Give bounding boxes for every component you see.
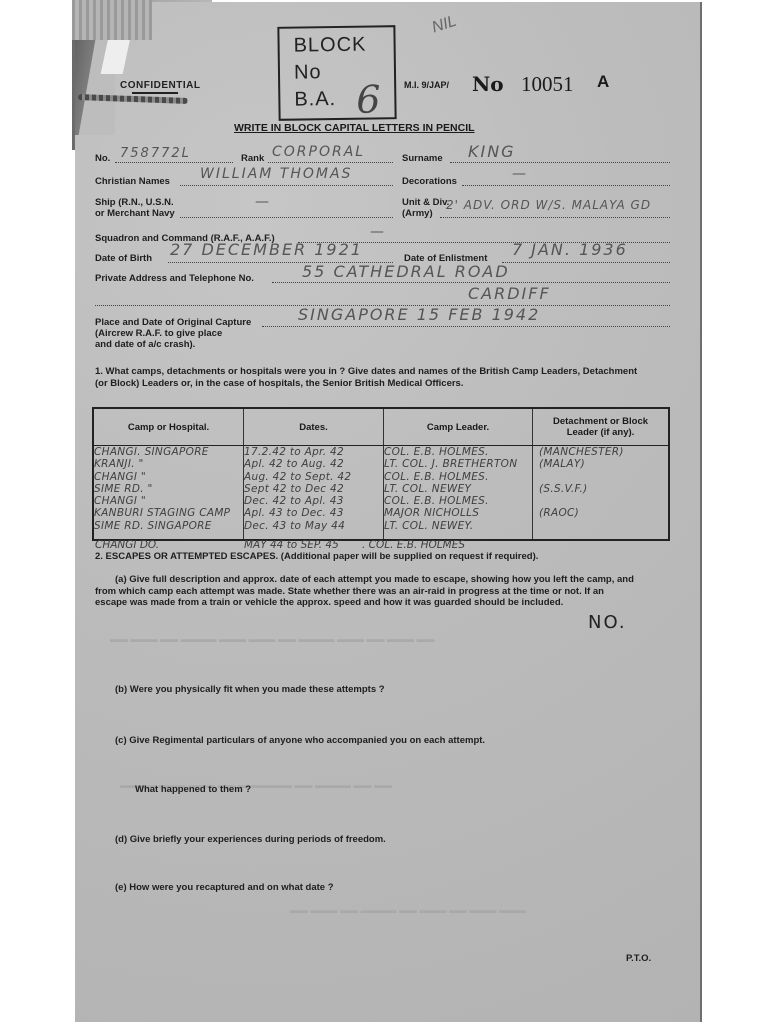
table-cell-camp: SIME RD. " <box>94 483 243 495</box>
address-label: Private Address and Telephone No. <box>95 273 254 284</box>
unit-label: Unit & Div. (Army) <box>402 197 449 219</box>
table-cell-dates: Apl. 42 to Aug. 42 <box>244 458 383 470</box>
christian-names-label: Christian Names <box>95 176 170 187</box>
number-mark: No <box>472 72 504 96</box>
block-stamp-line3: B.A. <box>294 88 336 111</box>
camp-column[interactable]: CHANGI. SINGAPORE KRANJI. " CHANGI " SIM… <box>93 446 244 541</box>
table-cell-leader: MAJOR NICHOLLS <box>384 507 532 519</box>
table-cell-detachment <box>539 495 668 507</box>
capture-label-line3: and date of a/c crash). <box>95 339 195 350</box>
table-cell-leader: COL. E.B. HOLMES. <box>384 471 532 483</box>
table-cell-detachment: (RAOC) <box>539 507 668 519</box>
rank-field-line <box>268 162 393 163</box>
address-field-line-1 <box>272 282 670 283</box>
capture-field-line <box>262 326 670 327</box>
table-cell-dates: Dec. 43 to May 44 <box>244 520 383 532</box>
please-turn-over: P.T.O. <box>626 953 651 965</box>
detachment-column[interactable]: (MANCHESTER) (MALAY) (S.S.V.F.) (RAOC) <box>533 446 670 541</box>
address-line2[interactable]: CARDIFF <box>468 284 551 303</box>
leader-column[interactable]: COL. E.B. HOLMES. LT. COL. J. BRETHERTON… <box>384 446 533 541</box>
ship-label: Ship (R.N., U.S.N. or Merchant Navy <box>95 197 175 219</box>
question-2a-line1: (a) Give full description and approx. da… <box>115 574 634 585</box>
table-cell-dates: Dec. 42 to Apl. 43 <box>244 495 383 507</box>
table-cell-camp: SIME RD. SINGAPORE <box>94 520 243 532</box>
col-header-camp: Camp or Hospital. <box>93 408 244 446</box>
table-cell-dates: Sept 42 to Dec 42 <box>244 483 383 495</box>
table-cell-camp: CHANGI " <box>94 495 243 507</box>
capture-label: Place and Date of Original Capture (Airc… <box>95 317 251 350</box>
table-cell-camp: CHANGI. SINGAPORE <box>94 446 243 458</box>
overflow-cell-leader: . COL. E.B. HOLMES <box>362 539 465 551</box>
table-cell-dates: 17.2.42 to Apr. 42 <box>244 446 383 458</box>
table-cell-detachment: (MALAY) <box>539 458 668 470</box>
surname-field-line <box>450 162 670 163</box>
question-2e: (e) How were you recaptured and on what … <box>115 882 334 894</box>
table-cell-leader: LT. COL. J. BRETHERTON <box>384 458 532 470</box>
bleed-through-text: ▬▬▬ ▬▬▬ ▬▬ ▬▬▬ ▬▬ ▬▬▬▬ ▬▬ ▬▬▬ ▬▬ <box>290 905 526 915</box>
table-cell-camp: KRANJI. " <box>94 458 243 470</box>
ship-label-line2: or Merchant Navy <box>95 208 175 219</box>
reference-prefix: M.I. 9/JAP/ <box>404 80 449 90</box>
dob-value[interactable]: 27 DECEMBER 1921 <box>170 240 363 259</box>
serial-suffix: A <box>597 72 609 92</box>
table-cell-camp: CHANGI " <box>94 471 243 483</box>
block-stamp-line1: BLOCK <box>293 34 366 57</box>
question-2a-line2: from which camp each attempt was made. S… <box>95 586 604 597</box>
table-cell-detachment <box>539 471 668 483</box>
dates-column[interactable]: 17.2.42 to Apr. 42 Apl. 42 to Aug. 42 Au… <box>244 446 384 541</box>
no-value[interactable]: 758772L <box>120 146 191 161</box>
table-cell-detachment: (MANCHESTER) <box>539 446 668 458</box>
confidential-underline <box>132 92 178 94</box>
section1-question-line2: (or Block) Leaders or, in the case of ho… <box>95 378 463 389</box>
overflow-cell-dates: MAY 44 to SEP. 45 <box>244 539 339 551</box>
no-label: No. <box>95 153 110 164</box>
table-cell-detachment <box>539 520 668 532</box>
enlistment-field-line <box>502 262 670 263</box>
decorations-field-line <box>462 185 670 186</box>
file-edge <box>72 0 152 40</box>
no-field-line <box>115 162 233 163</box>
address-line1[interactable]: 55 CATHEDRAL ROAD <box>302 262 510 281</box>
unit-label-line2: (Army) <box>402 208 433 219</box>
answer-2a[interactable]: NO. <box>588 612 627 633</box>
ship-field-line <box>180 217 393 218</box>
table-cell-leader: COL. E.B. HOLMES. <box>384 446 532 458</box>
question-2d: (d) Give briefly your experiences during… <box>115 834 386 846</box>
block-stamp-line2: No <box>294 61 322 83</box>
form-instruction: WRITE IN BLOCK CAPITAL LETTERS IN PENCIL <box>234 122 475 134</box>
col-header-dates: Dates. <box>244 408 384 446</box>
unit-field-line <box>440 217 670 218</box>
ship-value[interactable]: — <box>255 194 271 210</box>
rank-label: Rank <box>241 153 264 164</box>
camps-table: Camp or Hospital. Dates. Camp Leader. De… <box>92 407 670 541</box>
table-cell-camp: KANBURI STAGING CAMP <box>94 507 243 519</box>
overflow-cell-camp: CHANGI DO. <box>95 539 159 551</box>
christian-names-field-line <box>180 185 393 186</box>
surname-label: Surname <box>402 153 443 164</box>
confidential-stamp: CONFIDENTIAL <box>120 80 200 91</box>
dob-label: Date of Birth <box>95 253 152 264</box>
block-number: 6 <box>356 77 381 121</box>
surname-value[interactable]: KING <box>468 142 516 161</box>
decorations-value[interactable]: — <box>512 166 528 182</box>
question-2c: (c) Give Regimental particulars of anyon… <box>115 735 485 747</box>
capture-value[interactable]: SINGAPORE 15 FEB 1942 <box>298 305 540 324</box>
unit-value[interactable]: 2' ADV. ORD W/S. MALAYA GD <box>446 198 651 212</box>
serial-number: 10051 <box>521 72 574 97</box>
decorations-label: Decorations <box>402 176 457 187</box>
unit-label-line1: Unit & Div. <box>402 197 449 208</box>
table-cell-detachment: (S.S.V.F.) <box>539 483 668 495</box>
section1-question: 1. What camps, detachments or hospitals … <box>95 366 675 389</box>
section2-title: 2. ESCAPES OR ATTEMPTED ESCAPES. (Additi… <box>95 551 538 563</box>
rank-value[interactable]: CORPORAL <box>272 144 365 160</box>
table-cell-dates: Apl. 43 to Dec. 43 <box>244 507 383 519</box>
capture-label-line2: (Aircrew R.A.F. to give place <box>95 328 222 339</box>
col-header-leader: Camp Leader. <box>384 408 533 446</box>
table-cell-leader: LT. COL. NEWEY. <box>384 520 532 532</box>
ship-label-line1: Ship (R.N., U.S.N. <box>95 197 174 208</box>
squadron-value[interactable]: — <box>370 224 386 240</box>
col-header-detachment: Detachment or Block Leader (if any). <box>533 408 670 446</box>
christian-names-value[interactable]: WILLIAM THOMAS <box>200 166 352 182</box>
question-2a: (a) Give full description and approx. da… <box>95 574 675 609</box>
question-2b: (b) Were you physically fit when you mad… <box>115 684 385 696</box>
question-2a-line3: escape was made from a train or vehicle … <box>95 597 563 608</box>
table-cell-leader: COL. E.B. HOLMES. <box>384 495 532 507</box>
bleed-through-text: ▬▬ ▬▬▬ ▬▬ ▬▬▬ ▬▬▬▬ ▬▬ ▬▬▬ ▬▬▬ ▬▬▬▬ ▬▬ ▬▬… <box>110 634 435 644</box>
enlistment-value[interactable]: 7 JAN. 1936 <box>512 240 628 259</box>
question-2c-followup: What happened to them ? <box>135 784 251 796</box>
capture-label-line1: Place and Date of Original Capture <box>95 317 251 328</box>
section1-question-line1: 1. What camps, detachments or hospitals … <box>95 366 637 377</box>
table-cell-leader: LT. COL. NEWEY <box>384 483 532 495</box>
block-stamp: BLOCK No B.A. 6 <box>277 25 396 121</box>
table-cell-dates: Aug. 42 to Sept. 42 <box>244 471 383 483</box>
